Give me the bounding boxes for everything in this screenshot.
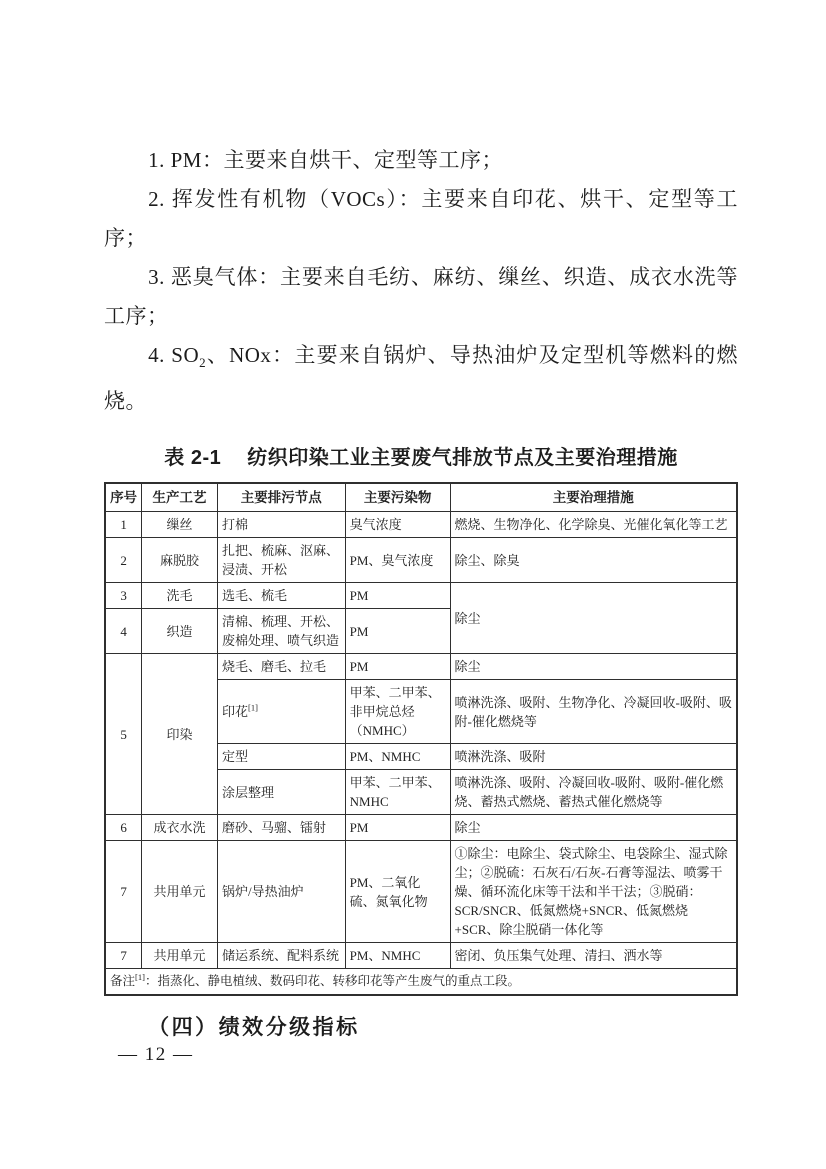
table-title-text: 纺织印染工业主要废气排放节点及主要治理措施 bbox=[247, 447, 678, 469]
cell-process: 洗毛 bbox=[142, 583, 218, 609]
table-row-shared-boiler: 7 共用单元 锅炉/导热油炉 PM、二氧化硫、氮氧化物 ①除尘：电除尘、袋式除尘… bbox=[105, 841, 737, 943]
section-heading: （四）绩效分级指标 bbox=[104, 1011, 738, 1041]
cell-no: 3 bbox=[105, 583, 142, 609]
cell-process: 共用单元 bbox=[142, 841, 218, 943]
table-row-degumming: 2 麻脱胶 扎把、梳麻、沤麻、浸渍、开松 PM、臭气浓度 除尘、除臭 bbox=[105, 538, 737, 583]
cell-measures: 喷淋洗涤、吸附 bbox=[450, 744, 737, 770]
table-header-row: 序号 生产工艺 主要排污节点 主要污染物 主要治理措施 bbox=[105, 483, 737, 512]
cell-measures: 喷淋洗涤、吸附、冷凝回收-吸附、吸附-催化燃烧、蓄热式燃烧、蓄热式催化燃烧等 bbox=[450, 770, 737, 815]
cell-node: 扎把、梳麻、沤麻、浸渍、开松 bbox=[217, 538, 345, 583]
cell-node: 定型 bbox=[217, 744, 345, 770]
paragraph-vocs: 2. 挥发性有机物（VOCs）：主要来自印花、烘干、定型等工序； bbox=[104, 180, 738, 258]
cell-no-merged: 5 bbox=[105, 654, 142, 815]
note-label: 备注 bbox=[110, 974, 135, 988]
cell-node: 烧毛、磨毛、拉毛 bbox=[217, 654, 345, 680]
cell-no: 6 bbox=[105, 815, 142, 841]
printing-node-label: 印花 bbox=[222, 704, 248, 719]
cell-node: 储运系统、配料系统 bbox=[217, 943, 345, 969]
col-header-process: 生产工艺 bbox=[142, 483, 218, 512]
cell-pollutants: PM bbox=[345, 583, 450, 609]
paragraph-so2-nox: 4. SO2、NOx：主要来自锅炉、导热油炉及定型机等燃料的燃烧。 bbox=[104, 336, 738, 421]
table-row-dyeing-singeing: 5 印染 烧毛、磨毛、拉毛 PM 除尘 bbox=[105, 654, 737, 680]
cell-measures: 除尘 bbox=[450, 654, 737, 680]
page-number: — 12 — bbox=[118, 1044, 194, 1066]
cell-pollutants: PM bbox=[345, 609, 450, 654]
cell-no: 4 bbox=[105, 609, 142, 654]
cell-node: 打棉 bbox=[217, 512, 345, 538]
cell-node: 涂层整理 bbox=[217, 770, 345, 815]
note-text: ：指蒸化、静电植绒、数码印花、转移印花等产生废气的重点工段。 bbox=[145, 974, 520, 988]
paragraph-odor: 3. 恶臭气体：主要来自毛纺、麻纺、缫丝、织造、成衣水洗等工序； bbox=[104, 258, 738, 336]
col-header-pollutants: 主要污染物 bbox=[345, 483, 450, 512]
note-footnote-marker: [1] bbox=[135, 972, 145, 982]
cell-measures: 喷淋洗涤、吸附、生物净化、冷凝回收-吸附、吸附-催化燃烧等 bbox=[450, 680, 737, 744]
cell-pollutants: 甲苯、二甲苯、非甲烷总烃（NMHC） bbox=[345, 680, 450, 744]
document-page: 1. PM：主要来自烘干、定型等工序； 2. 挥发性有机物（VOCs）：主要来自… bbox=[0, 0, 826, 1169]
table-note-row: 备注[1]：指蒸化、静电植绒、数码印花、转移印花等产生废气的重点工段。 bbox=[105, 969, 737, 996]
cell-process: 缫丝 bbox=[142, 512, 218, 538]
table-title: 表 2-1纺织印染工业主要废气排放节点及主要治理措施 bbox=[104, 441, 738, 470]
cell-measures: ①除尘：电除尘、袋式除尘、电袋除尘、湿式除尘；②脱硫：石灰石/石灰-石膏等湿法、… bbox=[450, 841, 737, 943]
page-content: 1. PM：主要来自烘干、定型等工序； 2. 挥发性有机物（VOCs）：主要来自… bbox=[104, 141, 738, 1041]
cell-node: 选毛、梳毛 bbox=[217, 583, 345, 609]
cell-pollutants: 甲苯、二甲苯、NMHC bbox=[345, 770, 450, 815]
paragraph-pm: 1. PM：主要来自烘干、定型等工序； bbox=[104, 141, 738, 180]
cell-no: 7 bbox=[105, 943, 142, 969]
col-header-node: 主要排污节点 bbox=[217, 483, 345, 512]
cell-no: 7 bbox=[105, 841, 142, 943]
cell-pollutants: PM bbox=[345, 654, 450, 680]
cell-node: 磨砂、马骝、镭射 bbox=[217, 815, 345, 841]
cell-measures: 除尘、除臭 bbox=[450, 538, 737, 583]
cell-node: 清棉、梳理、开松、废棉处理、喷气织造 bbox=[217, 609, 345, 654]
cell-measures: 密闭、负压集气处理、清扫、洒水等 bbox=[450, 943, 737, 969]
cell-pollutants: PM、NMHC bbox=[345, 744, 450, 770]
table-title-label: 表 2-1 bbox=[164, 447, 221, 469]
col-header-measures: 主要治理措施 bbox=[450, 483, 737, 512]
cell-no: 1 bbox=[105, 512, 142, 538]
cell-pollutants: 臭气浓度 bbox=[345, 512, 450, 538]
paragraph-so2-pre: 4. SO bbox=[148, 343, 199, 367]
cell-measures: 除尘 bbox=[450, 815, 737, 841]
cell-process-merged: 印染 bbox=[142, 654, 218, 815]
cell-no: 2 bbox=[105, 538, 142, 583]
cell-pollutants: PM、二氧化硫、氮氧化物 bbox=[345, 841, 450, 943]
table-note-cell: 备注[1]：指蒸化、静电植绒、数码印花、转移印花等产生废气的重点工段。 bbox=[105, 969, 737, 996]
cell-process: 织造 bbox=[142, 609, 218, 654]
table-row-garment-washing: 6 成衣水洗 磨砂、马骝、镭射 PM 除尘 bbox=[105, 815, 737, 841]
cell-measures-merged: 除尘 bbox=[450, 583, 737, 654]
cell-pollutants: PM、臭气浓度 bbox=[345, 538, 450, 583]
table-row-wool-washing: 3 洗毛 选毛、梳毛 PM 除尘 bbox=[105, 583, 737, 609]
cell-process: 麻脱胶 bbox=[142, 538, 218, 583]
table-row-shared-storage: 7 共用单元 储运系统、配料系统 PM、NMHC 密闭、负压集气处理、清扫、洒水… bbox=[105, 943, 737, 969]
cell-pollutants: PM、NMHC bbox=[345, 943, 450, 969]
table-row-silk-reeling: 1 缫丝 打棉 臭气浓度 燃烧、生物净化、化学除臭、光催化氧化等工艺 bbox=[105, 512, 737, 538]
cell-process: 共用单元 bbox=[142, 943, 218, 969]
printing-footnote-marker: [1] bbox=[248, 703, 258, 713]
cell-node: 锅炉/导热油炉 bbox=[217, 841, 345, 943]
cell-process: 成衣水洗 bbox=[142, 815, 218, 841]
cell-pollutants: PM bbox=[345, 815, 450, 841]
cell-measures: 燃烧、生物净化、化学除臭、光催化氧化等工艺 bbox=[450, 512, 737, 538]
emission-table: 序号 生产工艺 主要排污节点 主要污染物 主要治理措施 1 缫丝 打棉 臭气浓度… bbox=[104, 482, 738, 996]
cell-node: 印花[1] bbox=[217, 680, 345, 744]
col-header-no: 序号 bbox=[105, 483, 142, 512]
